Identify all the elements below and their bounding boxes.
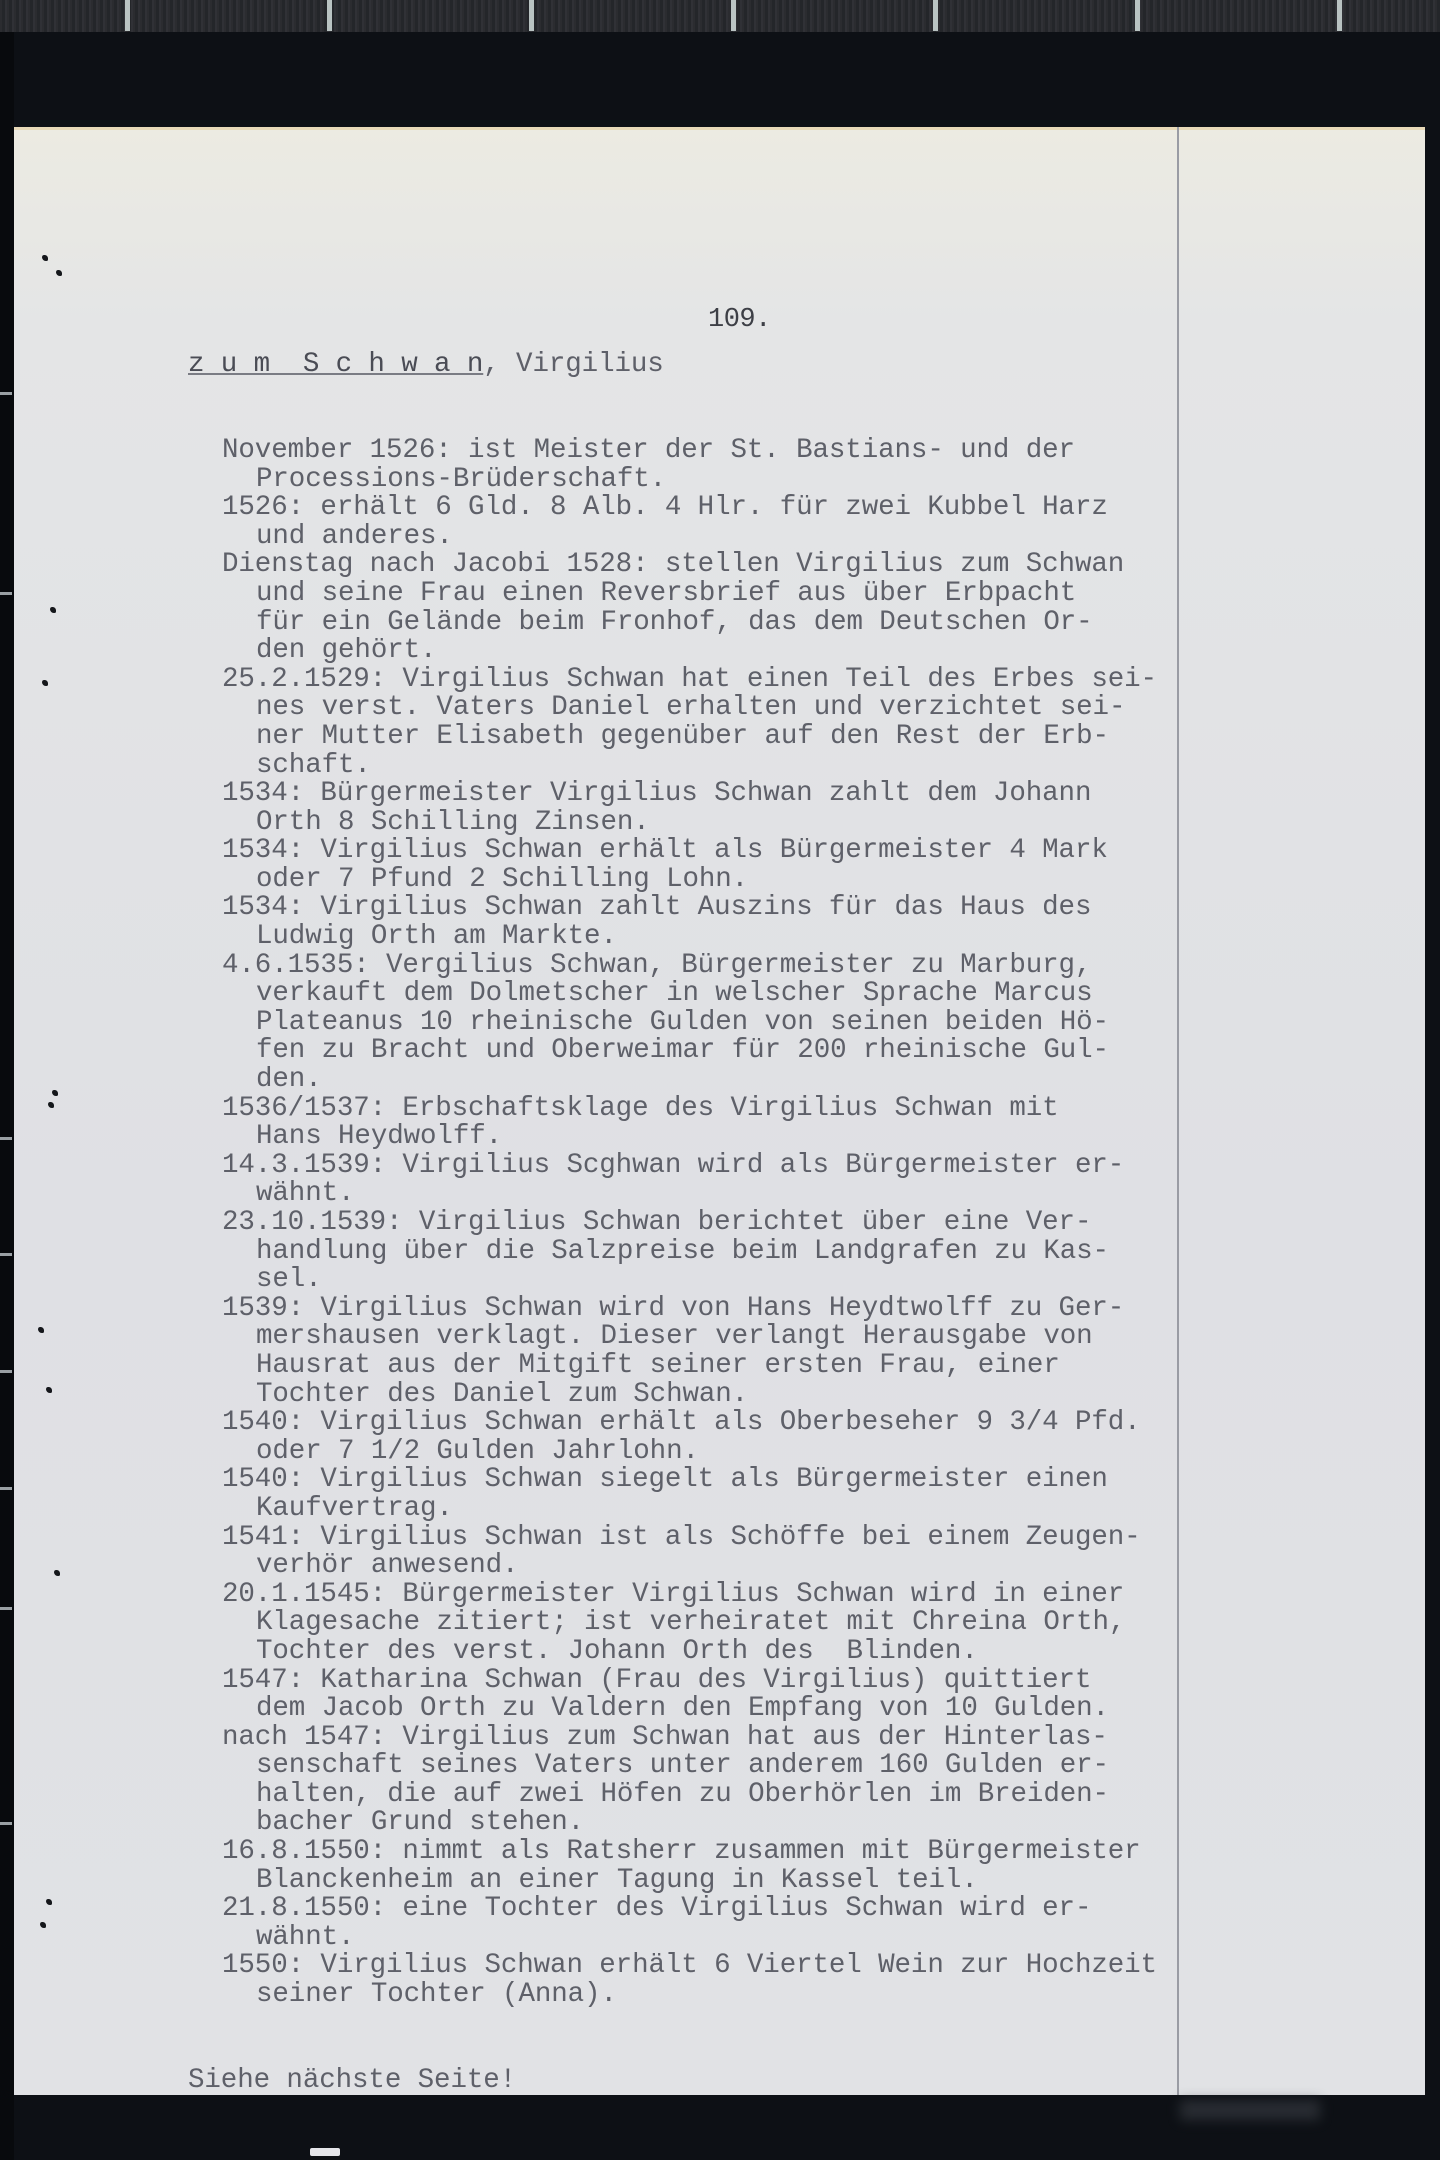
entry-continuation-line: ner Mutter Elisabeth gegenüber auf den R… bbox=[188, 723, 1157, 752]
entry-continuation-line: Tochter des Daniel zum Schwan. bbox=[188, 1381, 1157, 1410]
staple-hole-mark bbox=[46, 1387, 52, 1393]
staple-hole-mark bbox=[42, 680, 48, 686]
entry-line: 1539: Virgilius Schwan wird von Hans Hey… bbox=[188, 1295, 1157, 1324]
ruler-tick bbox=[327, 0, 332, 31]
staple-hole-mark bbox=[52, 1090, 58, 1096]
entry-continuation-line: fen zu Bracht und Oberweimar für 200 rhe… bbox=[188, 1037, 1157, 1066]
surname-heading: z u m S c h w a n bbox=[188, 349, 483, 380]
entry-continuation-line: mershausen verklagt. Dieser verlangt Her… bbox=[188, 1323, 1157, 1352]
entry-line: 20.1.1545: Bürgermeister Virgilius Schwa… bbox=[188, 1581, 1157, 1610]
edge-tick bbox=[0, 1137, 12, 1140]
entry-line: November 1526: ist Meister der St. Basti… bbox=[188, 437, 1157, 466]
typewritten-text: z u m S c h w a n, Virgilius November 15… bbox=[188, 294, 1157, 2153]
entry-line: 1540: Virgilius Schwan siegelt als Bürge… bbox=[188, 1466, 1157, 1495]
ruler-tick bbox=[1135, 0, 1140, 31]
entry-continuation-line: verkauft dem Dolmetscher in welscher Spr… bbox=[188, 980, 1157, 1009]
staple-hole-mark bbox=[54, 1570, 60, 1576]
entry-continuation-line: halten, die auf zwei Höfen zu Oberhörlen… bbox=[188, 1781, 1157, 1810]
entry-continuation-line: oder 7 Pfund 2 Schilling Lohn. bbox=[188, 866, 1157, 895]
entry-list: November 1526: ist Meister der St. Basti… bbox=[188, 437, 1157, 2010]
entry-continuation-line: sel. bbox=[188, 1266, 1157, 1295]
entry-continuation-line: wähnt. bbox=[188, 1180, 1157, 1209]
entry-line: 1540: Virgilius Schwan erhält als Oberbe… bbox=[188, 1409, 1157, 1438]
entry-continuation-line: bacher Grund stehen. bbox=[188, 1809, 1157, 1838]
entry-continuation-line: Orth 8 Schilling Zinsen. bbox=[188, 809, 1157, 838]
entry-line: 1550: Virgilius Schwan erhält 6 Viertel … bbox=[188, 1952, 1157, 1981]
entry-continuation-line: verhör anwesend. bbox=[188, 1552, 1157, 1581]
ruler-tick bbox=[1337, 0, 1342, 31]
entry-line: 25.2.1529: Virgilius Schwan hat einen Te… bbox=[188, 666, 1157, 695]
entry-line: 1547: Katharina Schwan (Frau des Virgili… bbox=[188, 1667, 1157, 1696]
document-page: 109. z u m S c h w a n, Virgilius Novemb… bbox=[14, 127, 1425, 2095]
edge-tick bbox=[0, 392, 12, 395]
footer-note: Siehe nächste Seite! bbox=[188, 2067, 1157, 2096]
ruler-tick bbox=[933, 0, 938, 31]
staple-hole-mark bbox=[40, 1922, 46, 1928]
entry-continuation-line: Hausrat aus der Mitgift seiner ersten Fr… bbox=[188, 1352, 1157, 1381]
entry-continuation-line: den. bbox=[188, 1066, 1157, 1095]
scan-smudge bbox=[1180, 2100, 1320, 2120]
edge-tick bbox=[0, 1370, 12, 1373]
entry-line: 1541: Virgilius Schwan ist als Schöffe b… bbox=[188, 1524, 1157, 1553]
entry-continuation-line: Hans Heydwolff. bbox=[188, 1123, 1157, 1152]
staple-hole-mark bbox=[50, 607, 56, 613]
entry-line: 16.8.1550: nimmt als Ratsherr zusammen m… bbox=[188, 1838, 1157, 1867]
edge-tick bbox=[0, 1607, 12, 1610]
entry-line: 4.6.1535: Vergilius Schwan, Bürgermeiste… bbox=[188, 952, 1157, 981]
staple-hole-mark bbox=[48, 1102, 54, 1108]
margin-rule bbox=[1177, 127, 1179, 2095]
entry-continuation-line: Plateanus 10 rheinische Gulden von seine… bbox=[188, 1009, 1157, 1038]
staple-hole-mark bbox=[46, 1899, 52, 1905]
entry-continuation-line: den gehört. bbox=[188, 637, 1157, 666]
edge-tick bbox=[0, 1253, 12, 1256]
given-name: , Virgilius bbox=[483, 349, 663, 380]
entry-continuation-line: handlung über die Salzpreise beim Landgr… bbox=[188, 1238, 1157, 1267]
entry-continuation-line: Processions-Brüderschaft. bbox=[188, 466, 1157, 495]
ruler-tick bbox=[731, 0, 736, 31]
entry-continuation-line: nes verst. Vaters Daniel erhalten und ve… bbox=[188, 694, 1157, 723]
entry-line: 1534: Virgilius Schwan erhält als Bürger… bbox=[188, 837, 1157, 866]
entry-continuation-line: dem Jacob Orth zu Valdern den Empfang vo… bbox=[188, 1695, 1157, 1724]
edge-tick bbox=[0, 592, 12, 595]
entry-line: 21.8.1550: eine Tochter des Virgilius Sc… bbox=[188, 1895, 1157, 1924]
entry-line: 1534: Bürgermeister Virgilius Schwan zah… bbox=[188, 780, 1157, 809]
entry-continuation-line: Tochter des verst. Johann Orth des Blind… bbox=[188, 1638, 1157, 1667]
edge-tick bbox=[0, 1487, 12, 1490]
entry-line: 14.3.1539: Virgilius Scghwan wird als Bü… bbox=[188, 1152, 1157, 1181]
scanner-left-edge bbox=[0, 32, 14, 2160]
ruler-tick bbox=[125, 0, 130, 31]
ruler-tick bbox=[529, 0, 534, 31]
staple-hole-mark bbox=[56, 270, 62, 276]
entry-line: 1526: erhält 6 Gld. 8 Alb. 4 Hlr. für zw… bbox=[188, 494, 1157, 523]
entry-line: 1536/1537: Erbschaftsklage des Virgilius… bbox=[188, 1095, 1157, 1124]
entry-continuation-line: Klagesache zitiert; ist verheiratet mit … bbox=[188, 1609, 1157, 1638]
entry-continuation-line: oder 7 1/2 Gulden Jahrlohn. bbox=[188, 1438, 1157, 1467]
entry-continuation-line: seiner Tochter (Anna). bbox=[188, 1981, 1157, 2010]
scanner-ruler-strip bbox=[0, 0, 1440, 32]
entry-continuation-line: und seine Frau einen Reversbrief aus übe… bbox=[188, 580, 1157, 609]
entry-continuation-line: schaft. bbox=[188, 752, 1157, 781]
entry-continuation-line: Kaufvertrag. bbox=[188, 1495, 1157, 1524]
entry-continuation-line: Blanckenheim an einer Tagung in Kassel t… bbox=[188, 1867, 1157, 1896]
entry-line: 23.10.1539: Virgilius Schwan berichtet ü… bbox=[188, 1209, 1157, 1238]
entry-continuation-line: Ludwig Orth am Markte. bbox=[188, 923, 1157, 952]
staple-hole-mark bbox=[42, 255, 48, 261]
edge-tick bbox=[0, 1822, 12, 1825]
entry-continuation-line: für ein Gelände beim Fronhof, das dem De… bbox=[188, 609, 1157, 638]
scan-artifact bbox=[310, 2148, 340, 2156]
entry-heading: z u m S c h w a n, Virgilius bbox=[188, 351, 1157, 380]
entry-line: nach 1547: Virgilius zum Schwan hat aus … bbox=[188, 1724, 1157, 1753]
staple-hole-mark bbox=[38, 1327, 44, 1333]
entry-continuation-line: wähnt. bbox=[188, 1924, 1157, 1953]
entry-continuation-line: senschaft seines Vaters unter anderem 16… bbox=[188, 1752, 1157, 1781]
entry-continuation-line: und anderes. bbox=[188, 523, 1157, 552]
entry-line: Dienstag nach Jacobi 1528: stellen Virgi… bbox=[188, 551, 1157, 580]
entry-line: 1534: Virgilius Schwan zahlt Auszins für… bbox=[188, 894, 1157, 923]
